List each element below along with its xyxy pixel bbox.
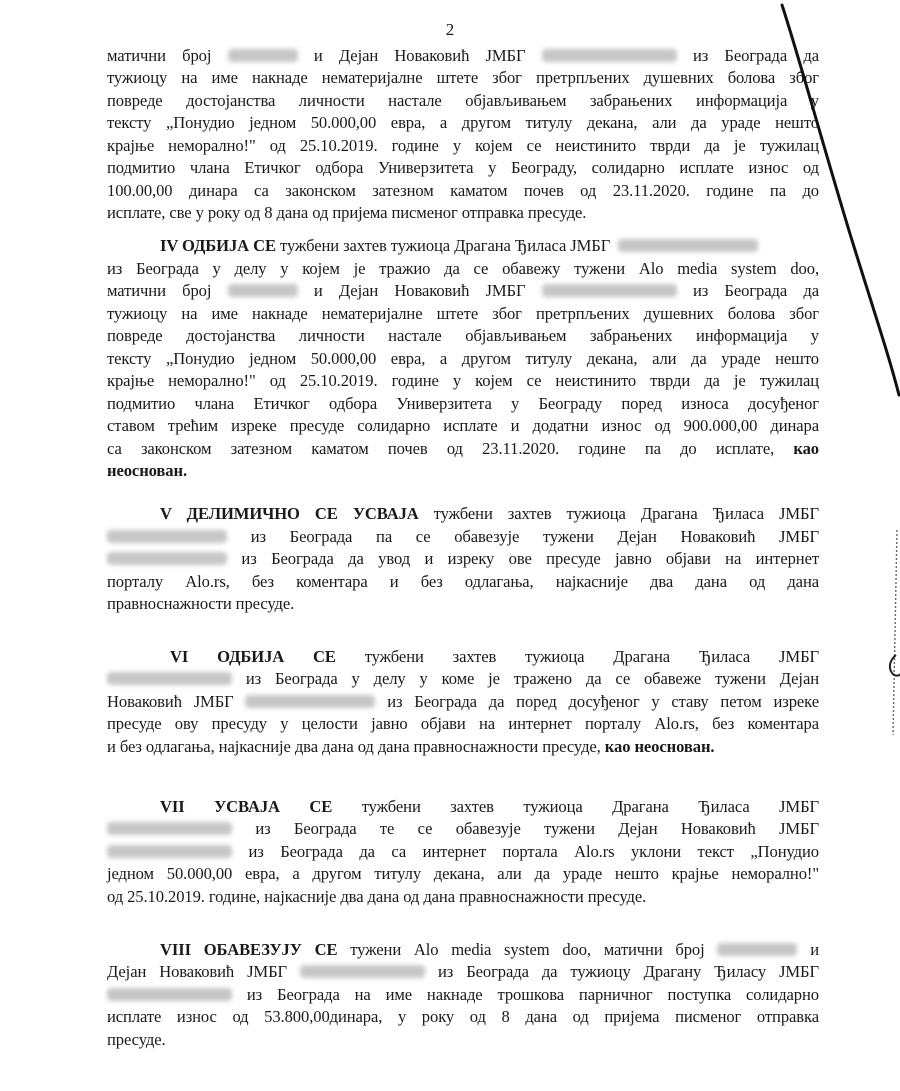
text-line: из Београда у делу у коме је тражено да … (107, 668, 819, 690)
text-line: повреде достојанства личности настале об… (107, 90, 819, 112)
redacted-jmbg (107, 672, 232, 685)
text-line: Новаковић ЈМБГ из Београда да поред досу… (107, 691, 819, 713)
text-line: V ДЕЛИМИЧНО СЕ УСВАЈА тужбени захтев туж… (160, 503, 819, 525)
text-line: тексту „Понудио једном 50.000,00 евра, а… (107, 112, 819, 134)
text-line: тексту „Понудио једном 50.000,00 евра, а… (107, 348, 819, 370)
redacted-jmbg (107, 988, 232, 1001)
text-line: и без одлагања, најкасније два дана од д… (107, 736, 819, 758)
text-line: исплате износ од 53.800,00динара, у року… (107, 1006, 819, 1028)
text-line: од 25.10.2019. године, најкасније два да… (107, 886, 819, 908)
text-line: матични број и Дејан Новаковић ЈМБГ из Б… (107, 45, 819, 67)
redacted-jmbg (542, 49, 677, 62)
text-line: из Београда на име накнаде трошкова парн… (107, 984, 819, 1006)
text-line: тужиоцу на име накнаде нематеријалне ште… (107, 303, 819, 325)
text-line: 100.00,00 динара са законском затезном к… (107, 180, 819, 202)
text-line: подмитио члана Етичког одбора Универзите… (107, 393, 819, 415)
redacted-id (228, 284, 298, 297)
redacted-jmbg (618, 239, 758, 252)
text-line: правноснажности пресуде. (107, 593, 819, 615)
text-line: подмитио члана Етичког одбора Универзите… (107, 157, 819, 179)
text-line: пресуде. (107, 1029, 819, 1051)
text-line: VIII ОБАВЕЗУЈУ СЕ тужени Alo media syste… (160, 939, 819, 961)
text-line: матични број и Дејан Новаковић ЈМБГ из Б… (107, 280, 819, 302)
section-heading: VI ОДБИЈА СЕ (170, 647, 336, 666)
text-line: порталу Alo.rs, без коментара и без одла… (107, 571, 819, 593)
section-heading: VIII ОБАВЕЗУЈУ СЕ (160, 940, 337, 959)
text-line: једном 50.000,00 евра, а другом титулу д… (107, 863, 819, 885)
text-line: са законском затезном каматом почев од 2… (107, 438, 819, 460)
text-line: IV ОДБИЈА СЕ тужбени захтев тужиоца Драг… (160, 235, 819, 257)
text-line: неоснован. (107, 460, 819, 482)
redacted-id (228, 49, 298, 62)
document-page: 2 матични број и Дејан Новаковић ЈМБГ из… (0, 0, 900, 1091)
text-line: из Београда па се обавезује тужени Дејан… (107, 526, 819, 548)
page-number: 2 (0, 20, 900, 40)
redacted-jmbg (107, 552, 227, 565)
text-line: из Београда у делу у којем је тражио да … (107, 258, 819, 280)
redacted-jmbg (542, 284, 677, 297)
text-line: пресуде ову пресуду у целости јавно обја… (107, 713, 819, 735)
text-line: тужиоцу на име накнаде нематеријалне ште… (107, 67, 819, 89)
section-heading: IV ОДБИЈА СЕ (160, 236, 276, 255)
text-line: Дејан Новаковић ЈМБГ из Београда да тужи… (107, 961, 819, 983)
text-line: повреде достојанства личности настале об… (107, 325, 819, 347)
redacted-jmbg (245, 695, 375, 708)
text-line: VII УСВАЈА СЕ тужбени захтев тужиоца Дра… (160, 796, 819, 818)
redacted-jmbg (300, 965, 425, 978)
redacted-jmbg (107, 845, 232, 858)
text-line: из Београда те се обавезује тужени Дејан… (107, 818, 819, 840)
text-line: из Београда да са интернет портала Alo.r… (107, 841, 819, 863)
text-line: крајње неморално!" од 25.10.2019. године… (107, 135, 819, 157)
text-line: исплате, све у року од 8 дана од пријема… (107, 202, 819, 224)
redacted-jmbg (107, 530, 227, 543)
redacted-id (717, 943, 797, 956)
text-line: из Београда да увод и изреку ове пресуде… (107, 548, 819, 570)
text-line: крајње неморално!" од 25.10.2019. године… (107, 370, 819, 392)
text-line: VI ОДБИЈА СЕ тужбени захтев тужиоца Драг… (170, 646, 819, 668)
text-line: ставом трећим изреке пресуде солидарно и… (107, 415, 819, 437)
section-heading: VII УСВАЈА СЕ (160, 797, 332, 816)
section-heading: V ДЕЛИМИЧНО СЕ УСВАЈА (160, 504, 419, 523)
redacted-jmbg (107, 822, 232, 835)
